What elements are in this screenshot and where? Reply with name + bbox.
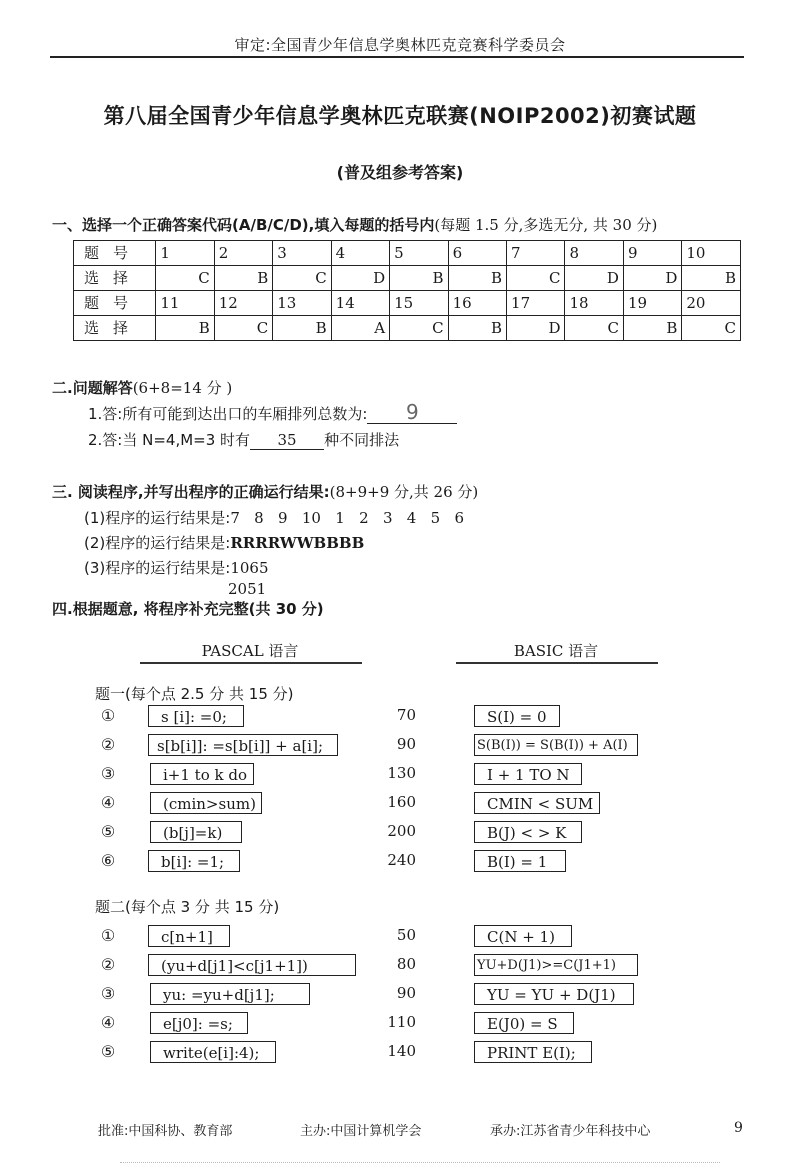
pascal-column-title: PASCAL 语言 <box>140 640 360 661</box>
pascal-answer-box: s [i]: =0; <box>148 705 244 727</box>
table-row-numbers-2: 题号 11 12 13 14 15 16 17 18 19 20 <box>74 291 741 316</box>
basic-answer-box: S(I) = 0 <box>474 705 560 727</box>
basic-line-number: 80 <box>376 955 416 973</box>
table-row-numbers-1: 题号 1 2 3 4 5 6 7 8 9 10 <box>74 241 741 266</box>
basic-line-number: 50 <box>376 926 416 944</box>
problem2-title: 题二(每个点 3 分 共 15 分) <box>95 896 279 917</box>
pascal-answer-box: (b[j]=k) <box>150 821 242 843</box>
basic-answer-box: B(I) = 1 <box>474 850 566 872</box>
answer-blank-1: 9 <box>367 405 457 424</box>
program-result-1: (1)程序的运行结果是:7 8 9 10 1 2 3 4 5 6 <box>84 507 464 528</box>
table-row-answers-1: 选择 C B C D B B C D D B <box>74 266 741 291</box>
pascal-answer-box: s[b[i]]: =s[b[i]] + a[i]; <box>148 734 338 756</box>
program-result-3-line2: 2051 <box>228 580 266 598</box>
mark-5: ⑤ <box>96 822 120 841</box>
mark-5: ⑤ <box>96 1042 120 1061</box>
row-label: 题号 <box>74 241 156 266</box>
basic-answer-box: YU = YU + D(J1) <box>474 983 634 1005</box>
table-row-answers-2: 选择 B C B A C B D C B C <box>74 316 741 341</box>
mark-4: ④ <box>96 793 120 812</box>
basic-line-number: 90 <box>376 984 416 1002</box>
mark-1: ① <box>96 926 120 945</box>
footer-organizer: 承办:江苏省青少年科技中心 <box>490 1120 650 1139</box>
section1-heading: 一、选择一个正确答案代码(A/B/C/D),填入每题的括号内(每题 1.5 分,… <box>52 214 657 235</box>
section2-answer-1: 1.答:所有可能到达出口的车厢排列总数为:9 <box>88 403 457 424</box>
row-label: 选择 <box>74 316 156 341</box>
page-header: 审定:全国青少年信息学奥林匹克竞赛科学委员会 <box>0 34 800 55</box>
mark-4: ④ <box>96 1013 120 1032</box>
scan-artifact <box>120 1162 720 1164</box>
page-subtitle: (普及组参考答案) <box>0 160 800 183</box>
header-divider <box>50 56 744 58</box>
pascal-answer-box: (yu+d[j1]<c[j1+1]) <box>148 954 356 976</box>
pascal-answer-box: (cmin>sum) <box>150 792 262 814</box>
page-number: 9 <box>734 1120 743 1136</box>
basic-answer-box: CMIN < SUM <box>474 792 600 814</box>
mark-1: ① <box>96 706 120 725</box>
basic-line-number: 140 <box>376 1042 416 1060</box>
basic-line-number: 160 <box>376 793 416 811</box>
mark-6: ⑥ <box>96 851 120 870</box>
basic-answer-box: B(J) < > K <box>474 821 582 843</box>
basic-title-rule <box>456 662 658 664</box>
footer-host: 主办:中国计算机学会 <box>300 1120 421 1139</box>
basic-line-number: 240 <box>376 851 416 869</box>
answer-blank-2: 35 <box>250 431 324 450</box>
basic-answer-box: PRINT E(I); <box>474 1041 592 1063</box>
basic-answer-box: C(N + 1) <box>474 925 572 947</box>
section2-heading: 二.问题解答(6+8=14 分 ) <box>52 377 232 398</box>
program-result-3: (3)程序的运行结果是:1065 <box>84 557 269 578</box>
basic-line-number: 110 <box>376 1013 416 1031</box>
pascal-title-rule <box>140 662 362 664</box>
mark-3: ③ <box>96 764 120 783</box>
basic-line-number: 200 <box>376 822 416 840</box>
section2-answer-2: 2.答:当 N=4,M=3 时有35种不同排法 <box>88 429 399 450</box>
page-title: 第八届全国青少年信息学奥林匹克联赛(NOIP2002)初赛试题 <box>0 100 800 130</box>
basic-answer-box: S(B(I)) = S(B(I)) + A(I) <box>474 734 638 756</box>
footer-approved: 批准:中国科协、教育部 <box>98 1120 232 1139</box>
basic-answer-box: YU+D(J1)>=C(J1+1) <box>474 954 638 976</box>
row-label: 选择 <box>74 266 156 291</box>
mark-2: ② <box>96 735 120 754</box>
mark-3: ③ <box>96 984 120 1003</box>
row-label: 题号 <box>74 291 156 316</box>
section1-score-note: (每题 1.5 分,多选无分, 共 30 分) <box>434 216 657 234</box>
program-result-2: (2)程序的运行结果是:RRRRWWBBBB <box>84 532 364 553</box>
pascal-answer-box: i+1 to k do <box>150 763 254 785</box>
section2-score-note: (6+8=14 分 ) <box>133 379 233 397</box>
pascal-answer-box: c[n+1] <box>148 925 230 947</box>
basic-line-number: 70 <box>376 706 416 724</box>
section3-score-note: (8+9+9 分,共 26 分) <box>330 483 479 501</box>
basic-answer-box: E(J0) = S <box>474 1012 574 1034</box>
mark-2: ② <box>96 955 120 974</box>
basic-answer-box: I + 1 TO N <box>474 763 582 785</box>
basic-line-number: 130 <box>376 764 416 782</box>
pascal-answer-box: write(e[i]:4); <box>150 1041 276 1063</box>
section4-heading: 四.根据题意, 将程序补充完整(共 30 分) <box>52 598 324 619</box>
basic-line-number: 90 <box>376 735 416 753</box>
answer-table: 题号 1 2 3 4 5 6 7 8 9 10 选择 C B C D B B C… <box>73 240 741 341</box>
basic-column-title: BASIC 语言 <box>456 640 656 661</box>
problem1-title: 题一(每个点 2.5 分 共 15 分) <box>95 683 294 704</box>
section3-heading: 三. 阅读程序,并写出程序的正确运行结果:(8+9+9 分,共 26 分) <box>52 481 478 502</box>
pascal-answer-box: yu: =yu+d[j1]; <box>150 983 310 1005</box>
pascal-answer-box: b[i]: =1; <box>148 850 240 872</box>
pascal-answer-box: e[j0]: =s; <box>150 1012 248 1034</box>
